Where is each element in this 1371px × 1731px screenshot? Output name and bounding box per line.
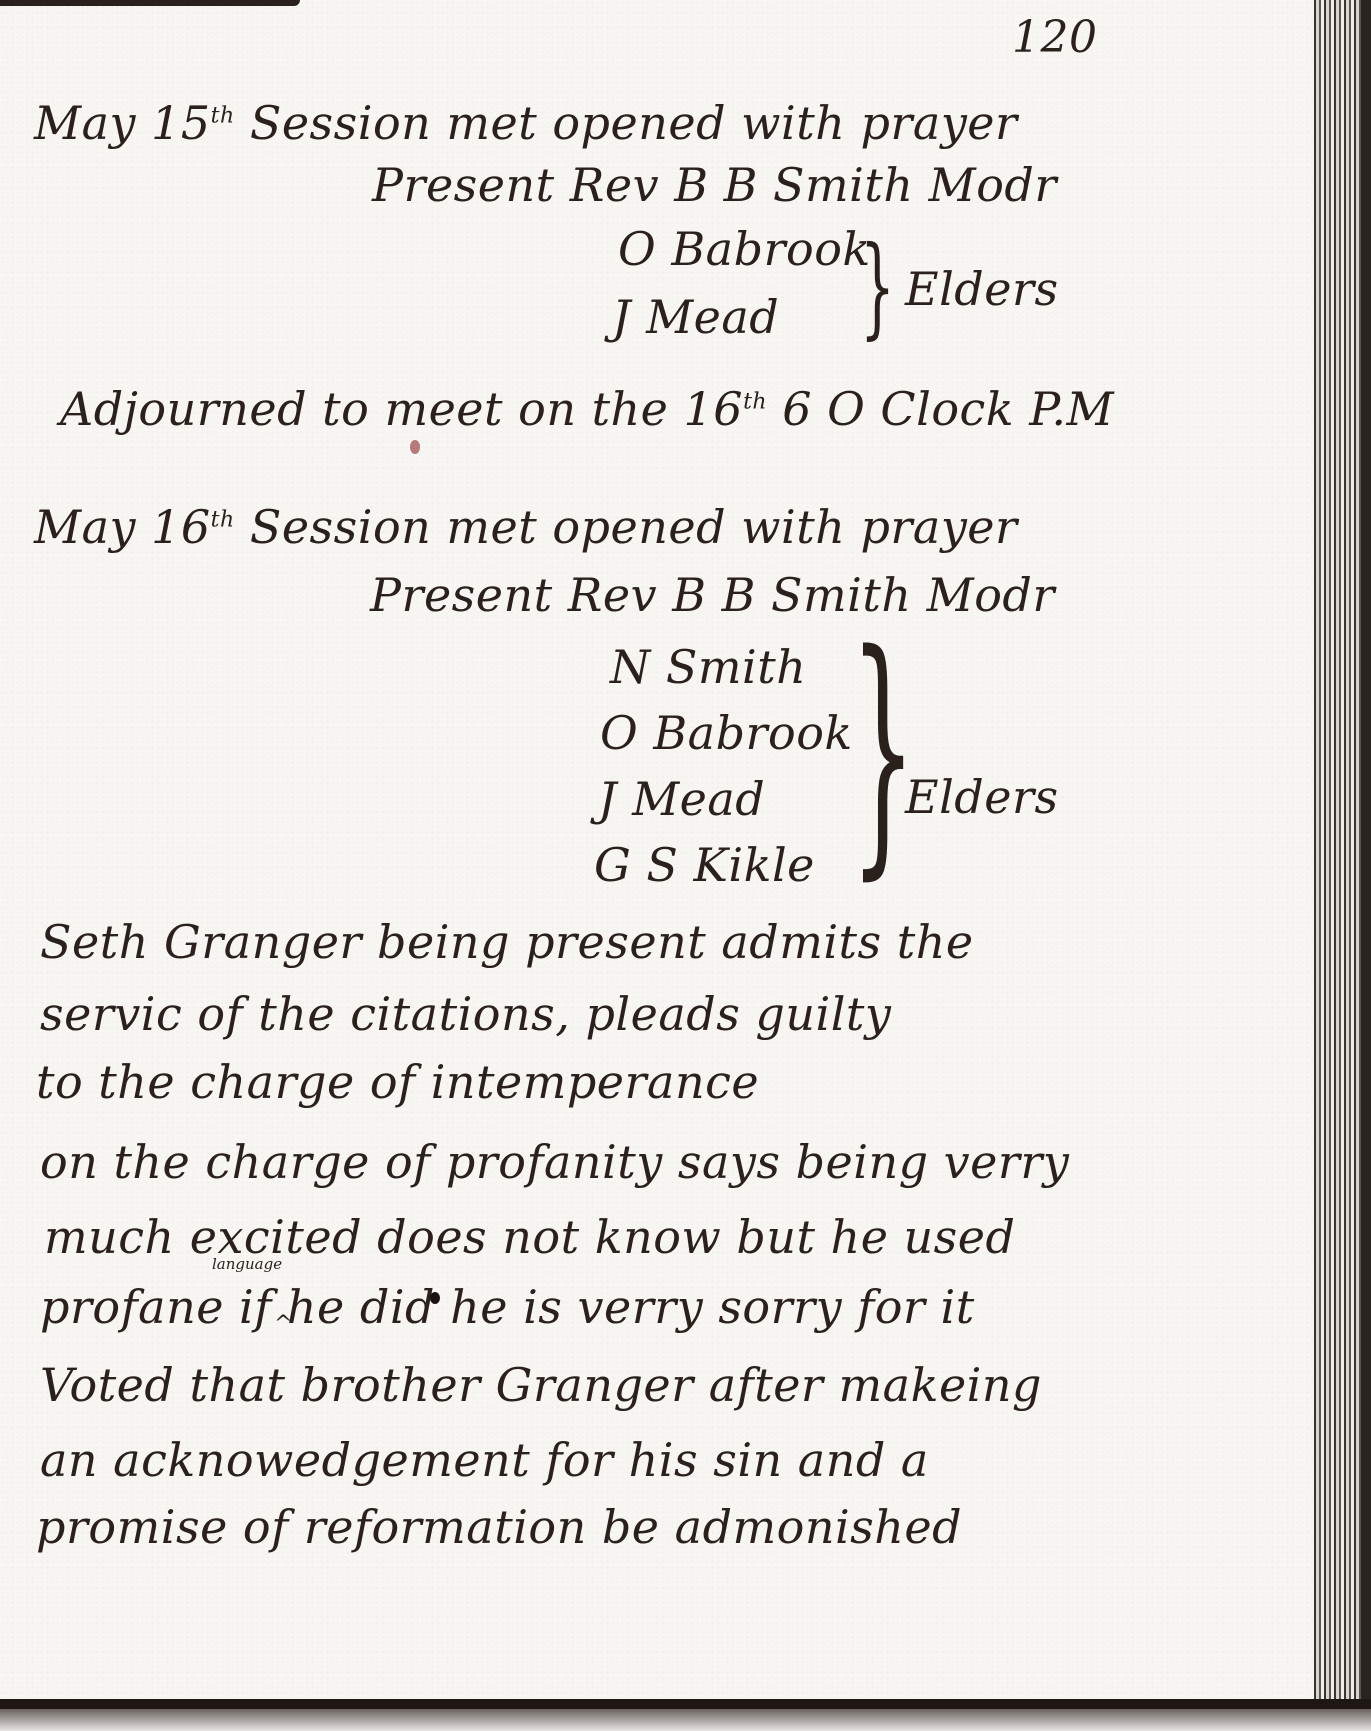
entry-2-elders-brace: } — [850, 600, 916, 902]
entry-2-date: May 16 — [34, 500, 211, 554]
body-line-7: Voted that brother Granger after makeing — [40, 1358, 1042, 1412]
interlinear-insertion: language — [212, 1255, 282, 1273]
body-line-4: on the charge of profanity says being ve… — [40, 1135, 1069, 1189]
body-line-2: servic of the citations, pleads guilty — [40, 987, 891, 1041]
entry-1-date: May 15 — [34, 96, 211, 150]
entry-1-elder-1: O Babrook — [618, 222, 871, 276]
entry-2-date-suffix: th — [211, 508, 235, 533]
page-number: 120 — [1012, 12, 1097, 63]
entry-1-date-suffix: th — [211, 104, 235, 129]
entry-1-elders-brace: } — [860, 222, 895, 350]
entry-1-present: Present Rev B B Smith Modr — [372, 158, 1057, 212]
entry-1-adjourned: Adjourned to meet on the 16th 6 O Clock … — [60, 382, 1114, 436]
body-line-5: much excited does not know but he used — [44, 1210, 1015, 1264]
entry-2-elder-1: N Smith — [610, 640, 806, 694]
entry-1-heading: May 15th Session met opened with prayer — [34, 96, 1018, 150]
body-line-3: to the charge of intemperance — [36, 1055, 759, 1109]
entry-1-closing-tail: 6 O Clock P.M — [782, 382, 1114, 436]
page-bottom-edge — [0, 1699, 1371, 1709]
entry-1-closing-suffix: th — [743, 390, 767, 415]
page-bottom-shadow — [0, 1709, 1371, 1731]
manuscript-page: 120 May 15th Session met opened with pra… — [0, 0, 1318, 1718]
entry-2-opening: Session met opened with prayer — [250, 500, 1018, 554]
entry-1-closing: Adjourned to meet on the 16 — [60, 382, 743, 436]
entry-2-heading: May 16th Session met opened with prayer — [34, 500, 1018, 554]
entry-2-present: Present Rev B B Smith Modr — [370, 568, 1055, 622]
red-ink-spot — [410, 440, 420, 454]
entry-1-elders-label: Elders — [905, 262, 1059, 316]
entry-2-elder-2: O Babrook — [600, 706, 853, 760]
ink-blot — [430, 1292, 440, 1304]
entry-2-elder-4: G S Kikle — [594, 838, 815, 892]
entry-2-elders-label: Elders — [905, 770, 1059, 824]
entry-1-elder-2: J Mead — [612, 290, 779, 344]
entry-2-elder-3: J Mead — [598, 772, 765, 826]
body-line-1: Seth Granger being present admits the — [40, 915, 974, 969]
body-line-6: profane if he did he is verry sorry for … — [40, 1280, 975, 1334]
body-line-9: promise of reformation be admonished — [36, 1500, 962, 1554]
entry-1-opening: Session met opened with prayer — [250, 96, 1018, 150]
book-page-edges — [1314, 0, 1371, 1705]
body-line-8: an acknowedgement for his sin and a — [40, 1433, 929, 1487]
page-top-edge — [0, 0, 300, 6]
